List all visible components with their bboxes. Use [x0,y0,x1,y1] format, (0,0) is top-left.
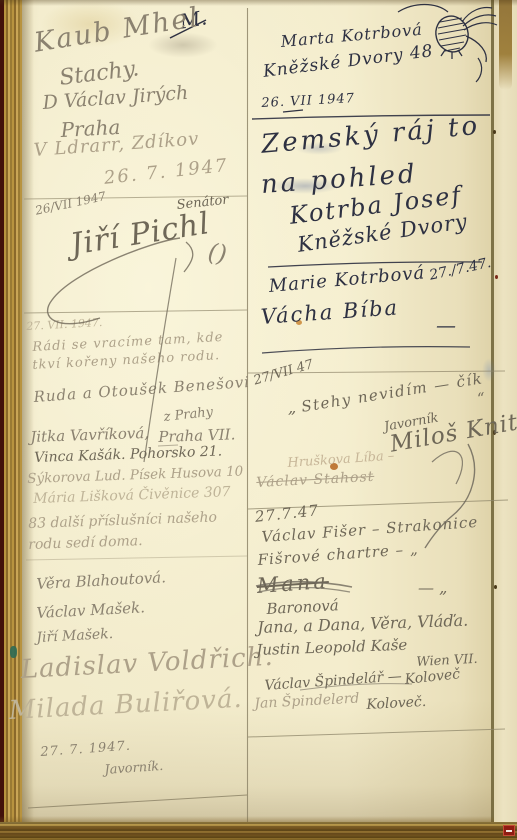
top-edge-shadow [0,0,517,6]
pen-flourish-mark: () [206,238,228,268]
ditto-dash: — [436,313,456,337]
corner-stain-streak [499,0,512,90]
shelf-wood-edge [0,822,517,840]
ditto-dash: — „ [418,578,447,597]
entry-place: Koloveč. [366,694,427,713]
guestbook-page-scan: M. Kaub Mhel Stachy. D Václav Jirých Pra… [0,0,517,840]
entry-place: Praha VII. [158,425,236,446]
quote-open: „ [288,398,296,417]
entry-name-crossed: Mana [256,569,330,598]
book-spine-strip [0,0,4,840]
scan-artifact-marker [503,825,515,836]
